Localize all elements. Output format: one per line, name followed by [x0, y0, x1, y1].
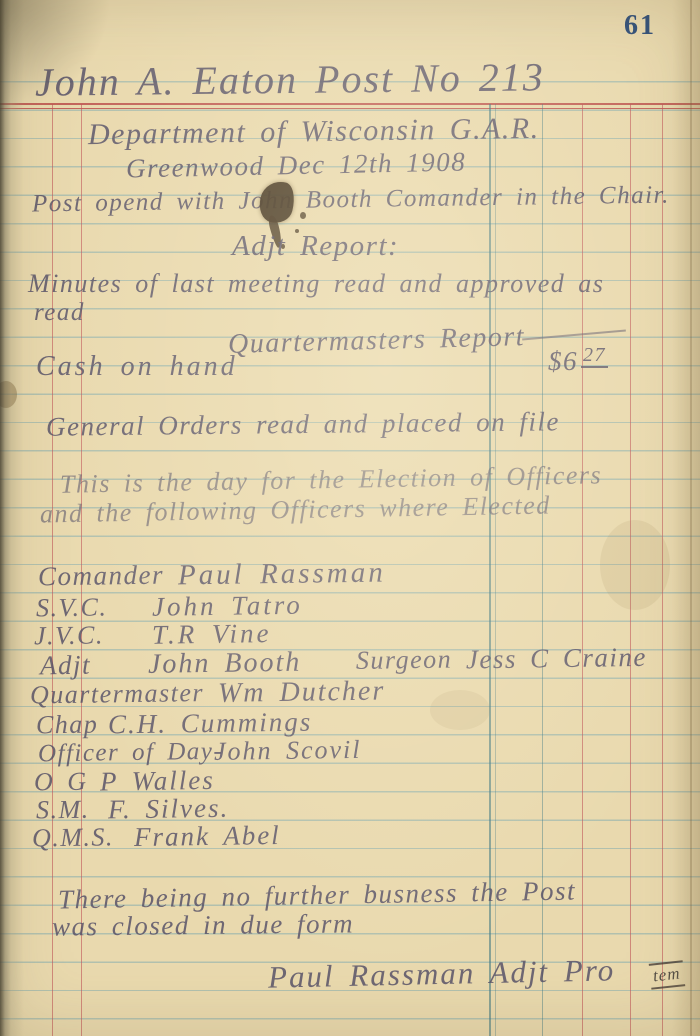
page-edge-line: [690, 0, 692, 1036]
officer-name: John Booth: [148, 649, 302, 679]
quartermaster-heading: Quartermasters Report: [228, 323, 526, 359]
department-line: Department of Wisconsin G.A.R.: [88, 114, 540, 150]
officer-office: J.V.C.: [34, 622, 104, 649]
officer-name: F. Silves.: [108, 795, 230, 824]
ink-blot-dot: [300, 212, 306, 219]
officer-name: C.H. Cummings: [108, 709, 313, 739]
edge-stain: [0, 381, 17, 408]
officer-name: Paul Rassman: [178, 559, 386, 591]
officer-name: John Tatro: [152, 592, 303, 621]
election-line-2: and the following Officers where Elected: [40, 493, 551, 528]
minutes-line-1: Minutes of last meeting read and approve…: [28, 271, 604, 297]
minutes-line-2: read: [34, 300, 85, 325]
officer-name-2: Jess C Craine: [466, 644, 647, 674]
post-title: John A. Eaton Post No 213: [35, 57, 545, 102]
signature-line: Paul Rassman Adjt Pro: [268, 954, 616, 992]
cash-amount: $627: [548, 348, 608, 377]
ink-blot: [255, 178, 298, 227]
closing-line-2: was closed in due form: [52, 910, 354, 940]
general-orders-line: General Orders read and placed on file: [46, 408, 560, 440]
officer-office: Comander: [38, 562, 164, 591]
officer-row: Q.M.S. Frank Abel: [0, 816, 700, 860]
officer-office: S.M.: [36, 797, 90, 824]
officer-office: S.V.C.: [36, 594, 108, 621]
header-red-rule-bottom: [0, 108, 700, 110]
officer-name: Wm Dutcher: [218, 678, 386, 708]
officer-office: O G: [34, 769, 88, 796]
officer-name: John Scovil: [214, 737, 362, 765]
cash-amount-cents: 27: [581, 345, 608, 368]
pencil-flourish: [522, 329, 626, 340]
officer-office: Chap: [36, 712, 99, 739]
officer-office: Adjt: [40, 652, 91, 680]
opening-line: Post opend with John Booth Comander in t…: [32, 183, 670, 217]
cash-on-hand-label: Cash on hand: [36, 353, 238, 381]
officer-name: T.R Vine: [152, 620, 272, 649]
officer-office: Officer of Day-: [38, 739, 224, 767]
ledger-page: 61 John A. Eaton Post No 213 Department …: [0, 0, 700, 1036]
signature-pro-tem-suffix: tem: [649, 960, 685, 989]
dateline: Greenwood Dec 12th 1908: [126, 148, 467, 182]
officer-name: P Walles: [100, 767, 215, 796]
page-number: 61: [624, 10, 656, 42]
officer-office: Q.M.S.: [32, 824, 114, 851]
adjt-report-heading: Adjt Report:: [232, 232, 399, 261]
officer-office: Quartermaster: [30, 680, 204, 708]
officer-name: Frank Abel: [134, 822, 281, 851]
cash-amount-dollars: $6: [548, 346, 578, 376]
officer-office-2: Surgeon: [356, 647, 453, 674]
binding-edge-shadow: [0, 0, 24, 1036]
